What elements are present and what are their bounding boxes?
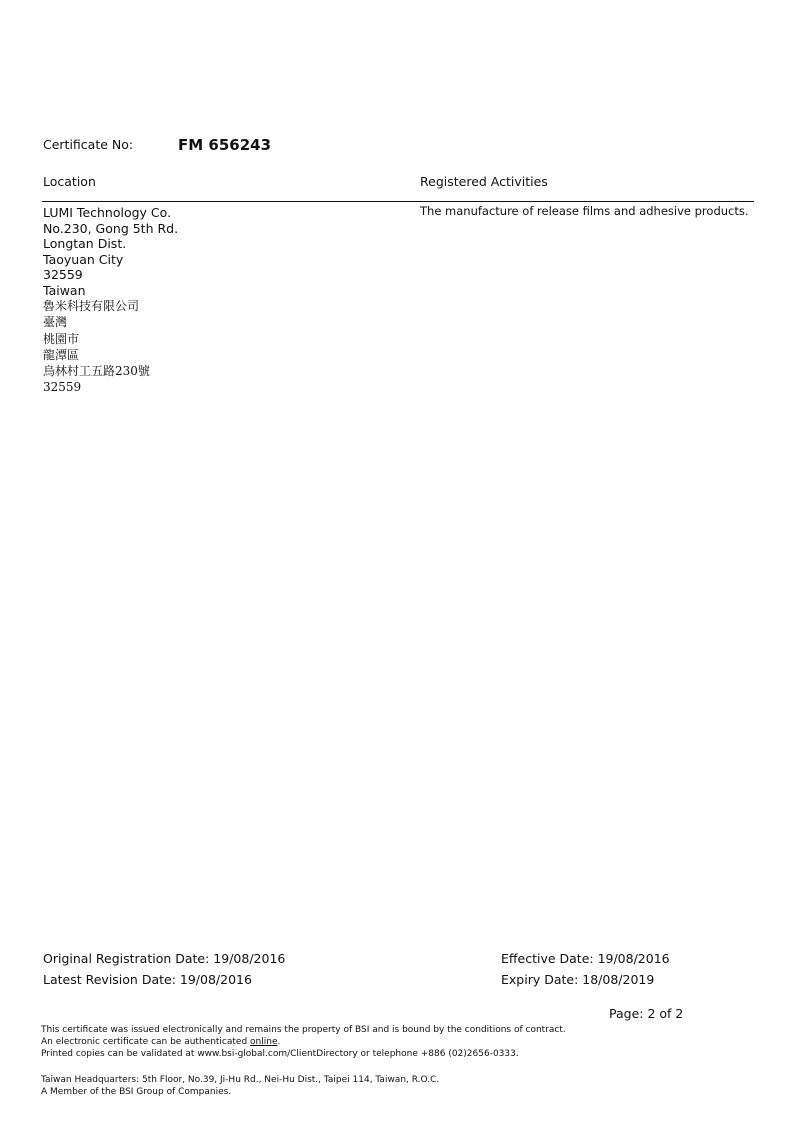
address-line: 32559 — [43, 379, 150, 395]
address-line: 魯米科技有限公司 — [43, 298, 150, 314]
registration-dates: Original Registration Date: 19/08/2016 L… — [43, 949, 285, 990]
address-line: LUMI Technology Co. — [43, 205, 178, 221]
effective-date: Effective Date: 19/08/2016 — [501, 949, 670, 970]
headquarters-address: Taiwan Headquarters: 5th Floor, No.39, J… — [41, 1074, 439, 1086]
page-number: Page: 2 of 2 — [609, 1006, 683, 1021]
location-address-chinese: 魯米科技有限公司 臺灣 桃園市 龍潭區 烏林村工五路230號 32559 — [43, 298, 150, 396]
address-line: Taiwan — [43, 283, 178, 299]
address-line: No.230, Gong 5th Rd. — [43, 221, 178, 237]
certificate-number: FM 656243 — [178, 136, 271, 154]
address-line: 桃園市 — [43, 331, 150, 347]
latest-revision-date: Latest Revision Date: 19/08/2016 — [43, 970, 285, 991]
registered-activities-header: Registered Activities — [420, 174, 548, 189]
location-header: Location — [43, 174, 96, 189]
location-address-english: LUMI Technology Co. No.230, Gong 5th Rd.… — [43, 205, 178, 298]
address-line: 32559 — [43, 267, 178, 283]
original-registration-date: Original Registration Date: 19/08/2016 — [43, 949, 285, 970]
registered-activity: The manufacture of release films and adh… — [420, 204, 749, 218]
footer-disclaimer: This certificate was issued electronical… — [41, 1024, 566, 1060]
footer-line: An electronic certificate can be authent… — [41, 1036, 566, 1048]
online-link[interactable]: online — [250, 1037, 277, 1047]
footer-line: Printed copies can be validated at www.b… — [41, 1048, 566, 1060]
address-line: Longtan Dist. — [43, 236, 178, 252]
footer-line: This certificate was issued electronical… — [41, 1024, 566, 1036]
expiry-date: Expiry Date: 18/08/2019 — [501, 970, 670, 991]
certificate-number-label: Certificate No: — [43, 137, 133, 152]
footer-headquarters: Taiwan Headquarters: 5th Floor, No.39, J… — [41, 1074, 439, 1098]
address-line: Taoyuan City — [43, 252, 178, 268]
address-line: 烏林村工五路230號 — [43, 363, 150, 379]
validity-dates: Effective Date: 19/08/2016 Expiry Date: … — [501, 949, 670, 990]
address-line: 龍潭區 — [43, 347, 150, 363]
header-divider — [42, 201, 754, 202]
bsi-member-note: A Member of the BSI Group of Companies. — [41, 1086, 439, 1098]
address-line: 臺灣 — [43, 314, 150, 330]
